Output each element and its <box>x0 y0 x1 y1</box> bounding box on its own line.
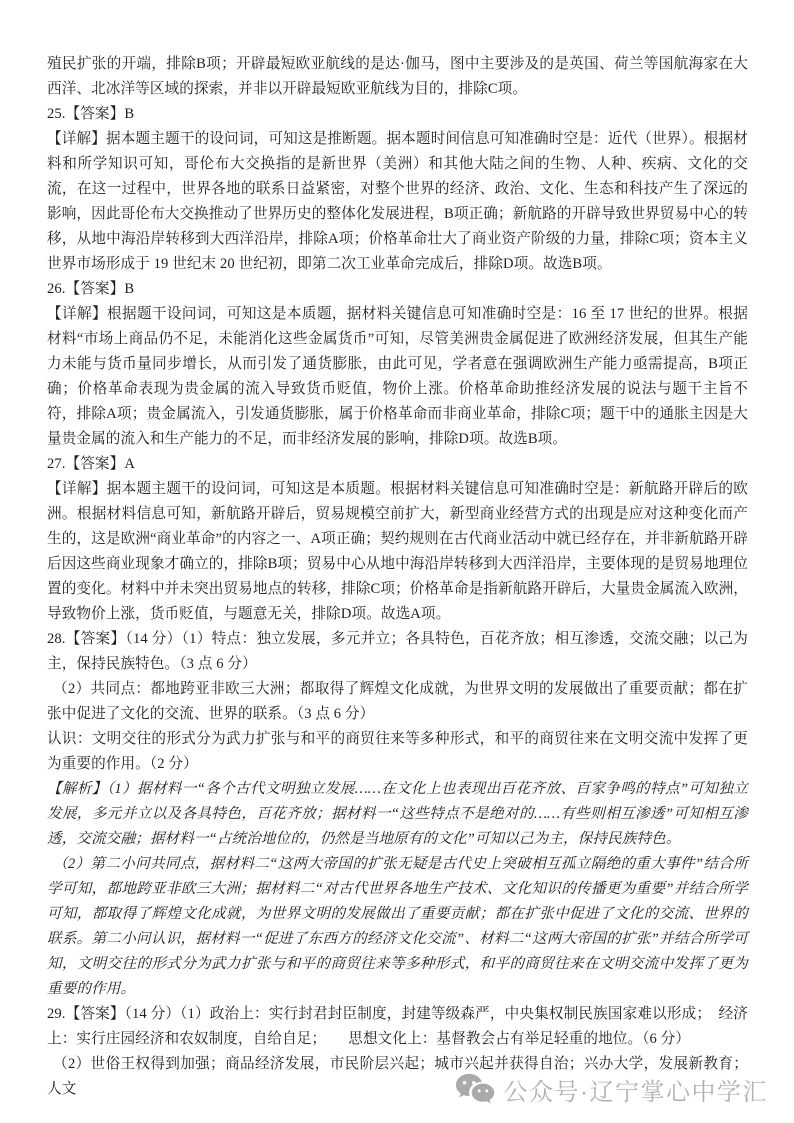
explanation-26: 【详解】根据题干设问词，可知这是本质题，据材料关键信息可知准确时空是：16 至 … <box>47 302 748 452</box>
analysis-28-part2: （2）第二小问共同点，据材料二“这两大帝国的扩张无疑是古代史上突破相互孤立隔绝的… <box>47 852 748 1002</box>
wechat-account-label: 公众号·辽宁掌心中学汇 <box>504 1072 769 1107</box>
answer-29-part1: 29.【答案】（14 分）（1）政治上：实行封君封臣制度，封建等级森严，中央集权… <box>47 1002 748 1052</box>
answer-28-part1: 28.【答案】（14 分）（1）特点：独立发展，多元并立；各具特色，百花齐放；相… <box>47 627 748 677</box>
wechat-watermark: 公众号·辽宁掌心中学汇 <box>455 1072 769 1107</box>
answer-28-part2: （2）共同点：都地跨亚非欧三大洲；都取得了辉煌文化成就，为世界文明的发展做出了重… <box>47 677 748 727</box>
explanation-25: 【详解】据本题主题干的设问词，可知这是推断题。据本题时间信息可知准确时空是：近代… <box>47 127 748 277</box>
answer-key-page: 殖民扩张的开端，排除B项；开辟最短欧亚航线的是达·伽马，图中主要涉及的是英国、荷… <box>47 52 748 1102</box>
answer-line-25: 25.【答案】B <box>47 102 748 127</box>
continuation-paragraph-24: 殖民扩张的开端，排除B项；开辟最短欧亚航线的是达·伽马，图中主要涉及的是英国、荷… <box>47 52 748 102</box>
answer-line-26: 26.【答案】B <box>47 277 748 302</box>
answer-line-27: 27.【答案】A <box>47 452 748 477</box>
analysis-28-part1: 【解析】（1）据材料一“各个古代文明独立发展……在文化上也表现出百花齐放、百家争… <box>47 777 748 852</box>
explanation-27: 【详解】据本题主题干的设问词，可知这是本质题。根据材料关键信息可知准确时空是：新… <box>47 477 748 627</box>
answer-28-insight: 认识：文明交往的形式分为武力扩张与和平的商贸往来等多种形式，和平的商贸往来在文明… <box>47 727 748 777</box>
wechat-icon <box>455 1072 495 1107</box>
